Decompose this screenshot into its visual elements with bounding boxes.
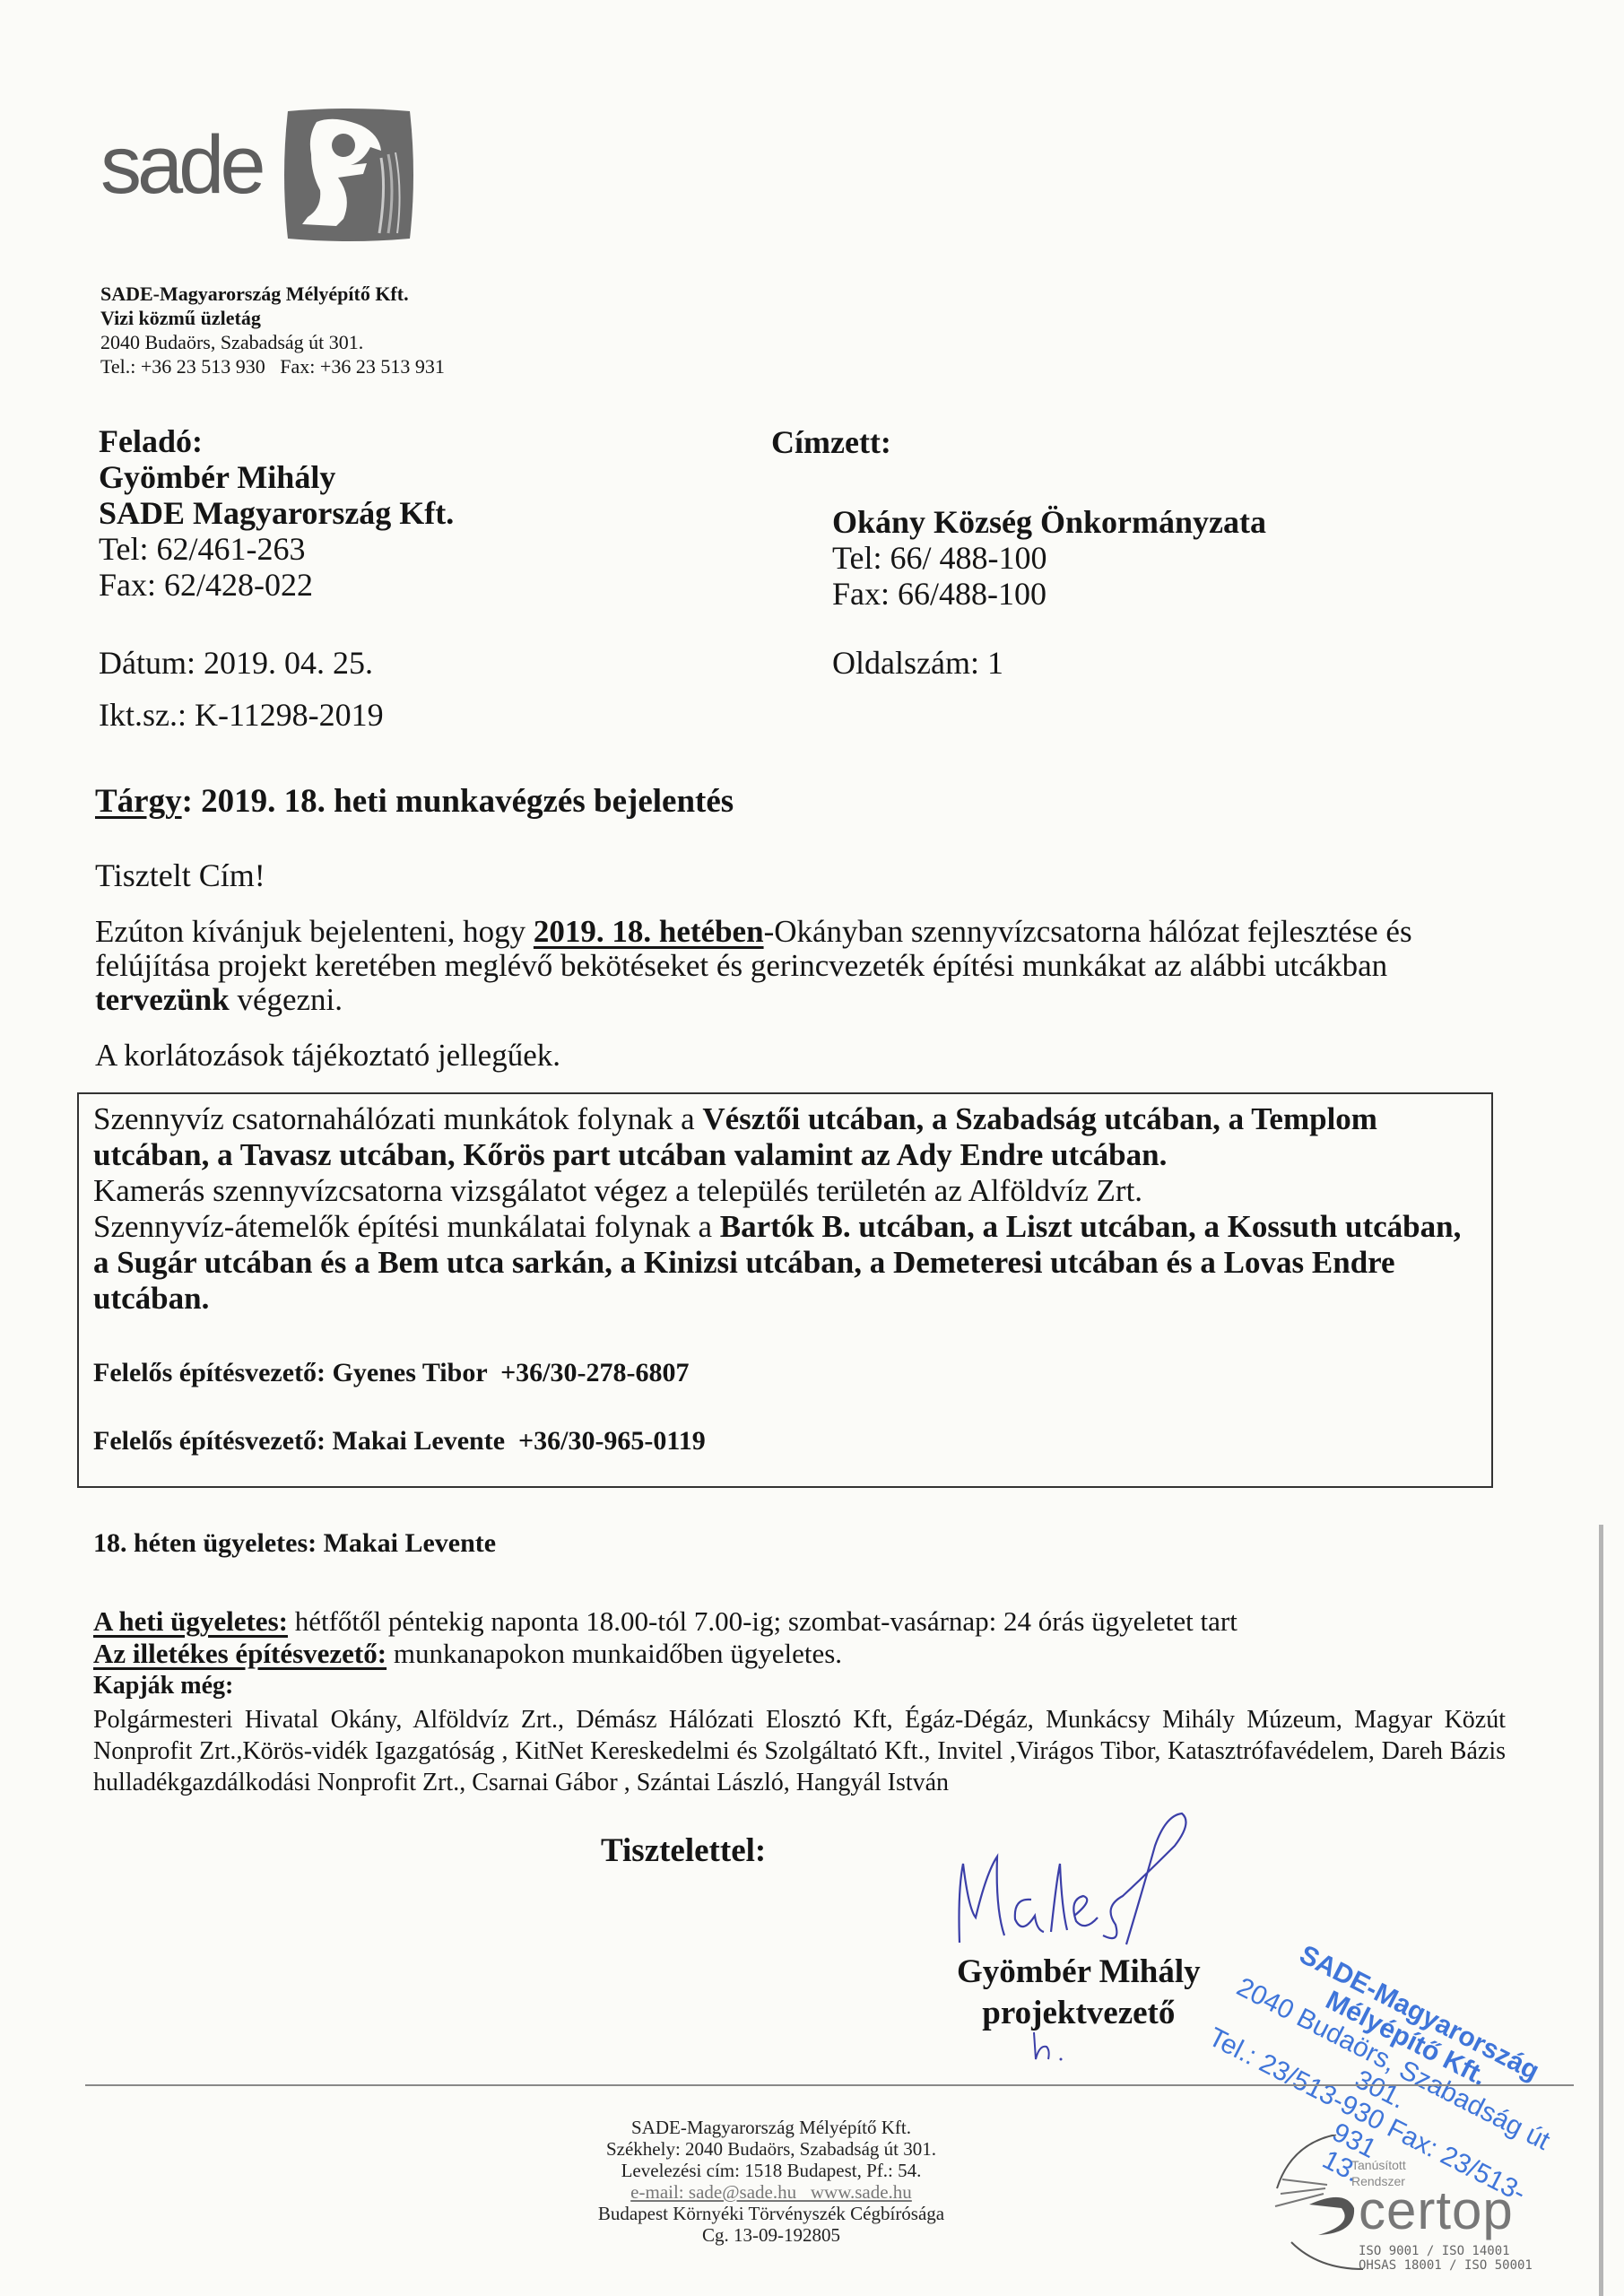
signer-name: Gyömbér Mihály <box>957 1952 1201 1993</box>
on-duty-person: 18. héten ügyeletes: Makai Levente <box>93 1528 496 1559</box>
responsible-manager-text: munkanapokon munkaidőben ügyeletes. <box>386 1638 842 1669</box>
certop-caption-1: Tanúsított <box>1351 2157 1406 2173</box>
responsible-manager-line: Az illetékes építésvezető: munkanapokon … <box>93 1638 842 1670</box>
sade-logo-badge-icon <box>281 108 417 242</box>
sender-tel: Tel: 62/461-263 <box>99 531 454 567</box>
greeting: Tisztelt Cím! <box>95 857 265 894</box>
footer-company-info: SADE-Magyarország Mélyépítő Kft. Székhel… <box>502 2117 1040 2246</box>
signer-title: projektvezető <box>957 1993 1201 2034</box>
cc-list: Polgármesteri Hivatal Okány, Alföldvíz Z… <box>93 1704 1506 1798</box>
intro-text-3: végezni. <box>230 982 343 1017</box>
certop-iso-line-2: OHSAS 18001 / ISO 50001 <box>1359 2258 1533 2273</box>
weekly-duty-text: hétfőtől péntekig naponta 18.00-tól 7.00… <box>288 1605 1238 1637</box>
notice-p3-lead: Szennyvíz-átemelők építési munkálatai fo… <box>93 1209 720 1244</box>
subject-text: : 2019. 18. heti munkavégzés bejelentés <box>182 783 734 820</box>
handwritten-initial-icon <box>1029 2029 1073 2065</box>
intro-paragraph: Ezúton kívánjuk bejelenteni, hogy 2019. … <box>95 915 1494 1017</box>
intro-bold: tervezünk <box>95 982 230 1017</box>
notice-paragraph-sewer: Szennyvíz csatornahálózati munkátok foly… <box>93 1101 1483 1173</box>
footer-mailing-address: Levelezési cím: 1518 Budapest, Pf.: 54. <box>502 2160 1040 2181</box>
sender-name: Gyömbér Mihály <box>99 459 454 495</box>
sender-block: Feladó: Gyömbér Mihály SADE Magyarország… <box>99 423 454 603</box>
letterhead-division: Vizi közmű üzletág <box>100 306 445 330</box>
cc-label: Kapják még: <box>93 1672 233 1700</box>
closing-salutation: Tisztelettel: <box>601 1831 766 1870</box>
reference-number: Ikt.sz.: K-11298-2019 <box>99 696 384 734</box>
subject-line: Tárgy: 2019. 18. heti munkavégzés bejele… <box>95 782 734 821</box>
letterhead-phone-fax: Tel.: +36 23 513 930 Fax: +36 23 513 931 <box>100 354 445 378</box>
letterhead-company-info: SADE-Magyarország Mélyépítő Kft. Vizi kö… <box>100 282 445 378</box>
notice-p1-lead: Szennyvíz csatornahálózati munkátok foly… <box>93 1101 702 1136</box>
certop-brand: certop <box>1359 2179 1514 2241</box>
recipient-label: Címzett: <box>771 423 891 461</box>
weekly-duty-line: A heti ügyeletes: hétfőtől péntekig napo… <box>93 1605 1238 1638</box>
letterhead-company-name: SADE-Magyarország Mélyépítő Kft. <box>100 282 445 306</box>
intro-week: 2019. 18. hetében <box>534 914 764 949</box>
certop-iso-standards: ISO 9001 / ISO 14001 OHSAS 18001 / ISO 5… <box>1359 2244 1533 2273</box>
sade-logo-wordmark: sade <box>100 124 262 206</box>
notice-paragraph-camera: Kamerás szennyvízcsatorna vizsgálatot vé… <box>93 1173 1483 1209</box>
letter-date: Dátum: 2019. 04. 25. <box>99 644 373 682</box>
scan-edge-shadow <box>1599 1525 1603 2296</box>
handwritten-signature-icon <box>951 1810 1255 1953</box>
recipient-tel: Tel: 66/ 488-100 <box>832 540 1266 576</box>
recipient-fax: Fax: 66/488-100 <box>832 576 1266 612</box>
footer-email-web-link[interactable]: e-mail: sade@sade.hu www.sade.hu <box>502 2181 1040 2203</box>
sender-fax: Fax: 62/428-022 <box>99 567 454 603</box>
signer-block: Gyömbér Mihály projektvezető <box>957 1952 1201 2034</box>
sender-company: SADE Magyarország Kft. <box>99 495 454 531</box>
recipient-name: Okány Község Önkormányzata <box>832 504 1266 540</box>
intro-text-1: Ezúton kívánjuk bejelenteni, hogy <box>95 914 534 949</box>
certop-iso-line-1: ISO 9001 / ISO 14001 <box>1359 2244 1533 2258</box>
footer-court: Budapest Környéki Törvényszék Cégbíróság… <box>502 2203 1040 2224</box>
restriction-note: A korlátozások tájékoztató jellegűek. <box>95 1038 560 1074</box>
footer-divider <box>85 2084 1574 2086</box>
site-manager-2: Felelős építésvezető: Makai Levente +36/… <box>93 1426 706 1457</box>
notice-text: Szennyvíz csatornahálózati munkátok foly… <box>93 1101 1483 1317</box>
subject-label: Tárgy <box>95 783 182 820</box>
notice-paragraph-pumps: Szennyvíz-átemelők építési munkálatai fo… <box>93 1209 1483 1317</box>
site-manager-1: Felelős építésvezető: Gyenes Tibor +36/3… <box>93 1358 690 1388</box>
recipient-block: Okány Község Önkormányzata Tel: 66/ 488-… <box>832 504 1266 612</box>
footer-company-name: SADE-Magyarország Mélyépítő Kft. <box>502 2117 1040 2138</box>
responsible-manager-label: Az illetékes építésvezető: <box>93 1638 386 1669</box>
letterhead-address: 2040 Budaörs, Szabadság út 301. <box>100 330 445 354</box>
sender-label: Feladó: <box>99 423 454 459</box>
weekly-duty-label: A heti ügyeletes: <box>93 1605 288 1637</box>
footer-registration-number: Cg. 13-09-192805 <box>502 2224 1040 2246</box>
page-number: Oldalszám: 1 <box>832 644 1003 682</box>
footer-headquarters: Székhely: 2040 Budaörs, Szabadság út 301… <box>502 2138 1040 2160</box>
